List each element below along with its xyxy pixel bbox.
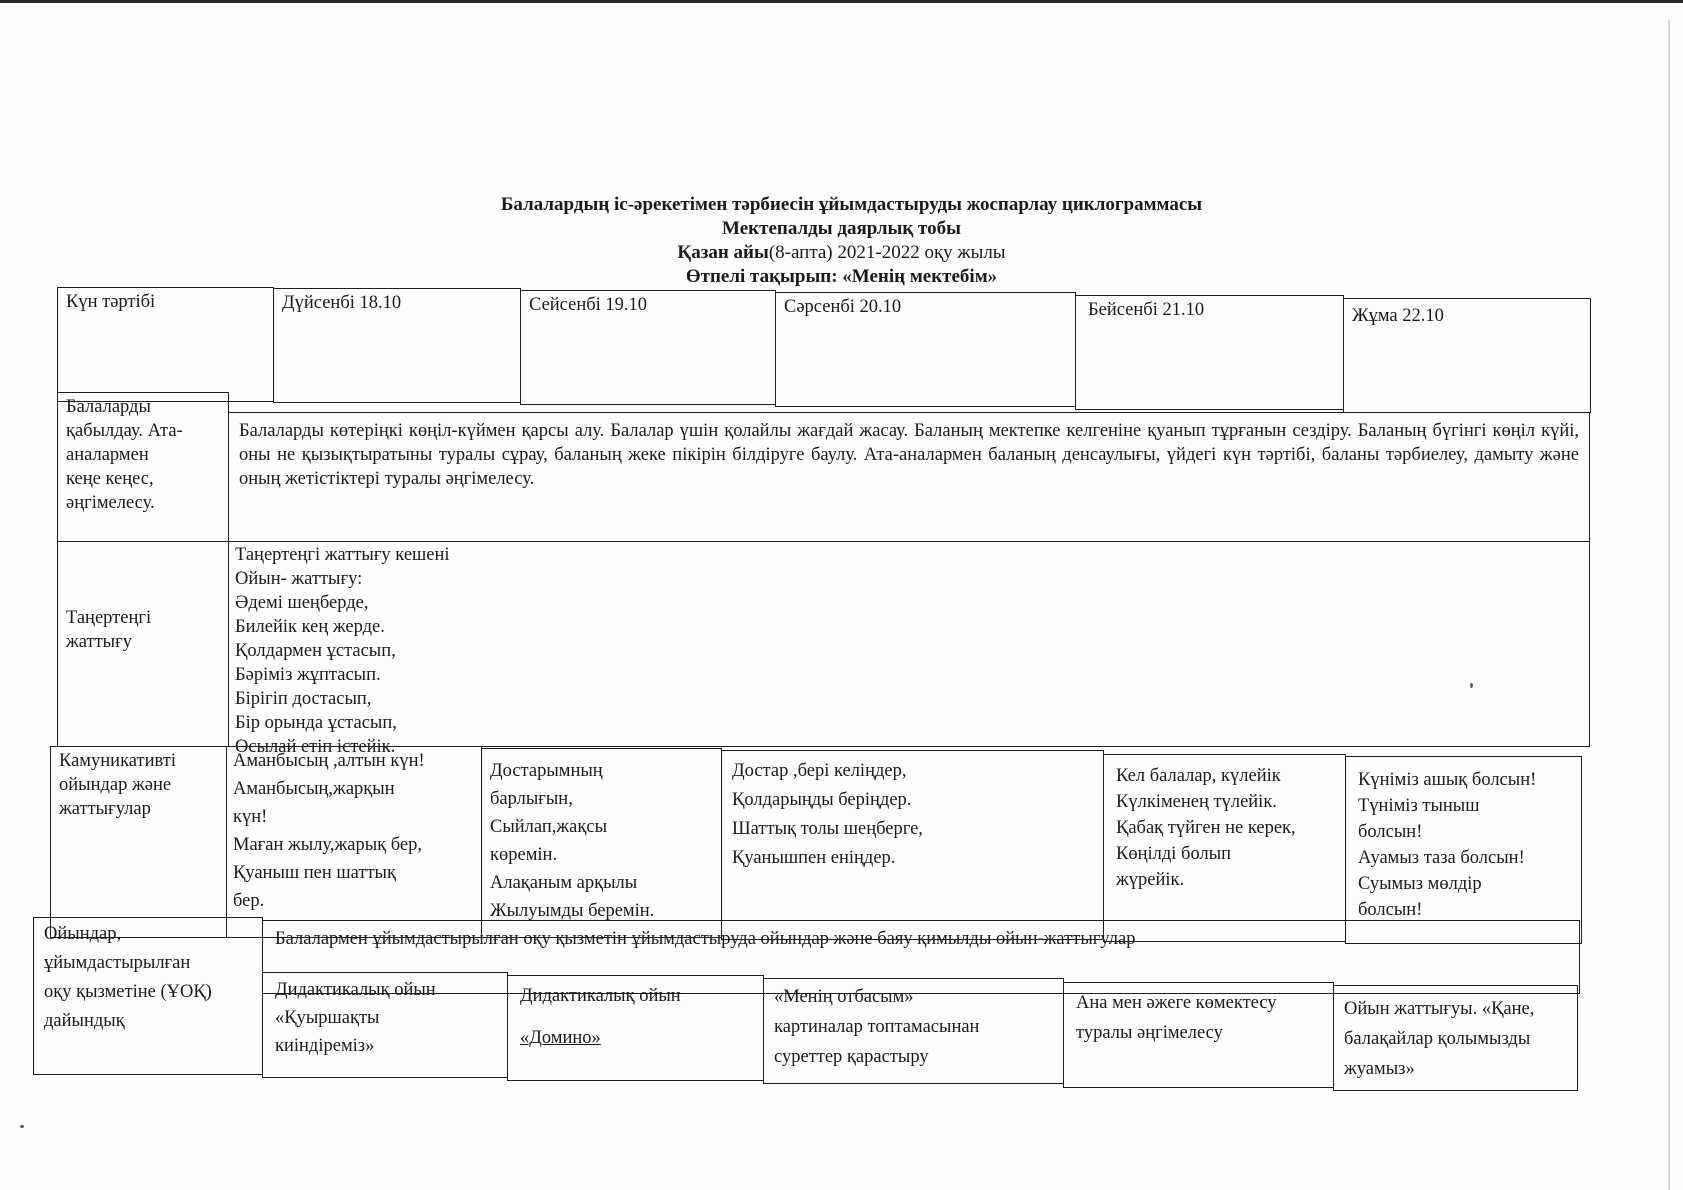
games-day-2: Дидактикалық ойын «Домино» <box>507 975 764 1081</box>
activity-line: Дидактикалық ойын <box>275 976 495 1004</box>
activity-line: балақайлар қолымызды <box>1344 1024 1567 1054</box>
scan-top-edge <box>0 0 1683 3</box>
poem-line: Қабақ түйген не керек, <box>1116 815 1333 841</box>
day-label: Жұма 22.10 <box>1352 306 1444 326</box>
header-day-4: Бейсенбі 21.10 <box>1075 295 1344 410</box>
games-summary-text: Балалармен ұйымдастырылған оқу қызметін … <box>275 929 1135 949</box>
exercise-line: Әдемі шеңберде, <box>235 591 1583 615</box>
games-day-3: «Менің отбасым» картиналар топтамасынан … <box>763 978 1064 1084</box>
poem-line: көремін. <box>490 841 713 869</box>
poem-line: Қуаныш пен шаттық <box>233 859 475 887</box>
communicative-day-2: Достарымның барлығын, Сыйлап,жақсы көрем… <box>481 748 722 938</box>
scan-speck <box>20 1125 24 1128</box>
label-line: аналармен <box>66 443 220 467</box>
communicative-label-cell: Камуникативті ойындар және жаттығулар <box>50 746 227 938</box>
day-label: Бейсенбі 21.10 <box>1088 300 1204 320</box>
reception-content-cell: Балаларды көтеріңкі көңіл-күймен қарсы а… <box>228 412 1590 542</box>
day-label: Дүйсенбі 18.10 <box>282 293 401 313</box>
label-line: ұйымдастырылған <box>44 949 252 978</box>
theme-line: Өтпелі тақырып: «Менің мектебім» <box>0 265 1683 289</box>
exercise-label-cell: Таңертеңгі жаттығу <box>57 541 229 747</box>
poem-line: Кел балалар, күлейік <box>1116 763 1333 789</box>
label-line: қабылдау. Ата- <box>66 419 220 443</box>
communicative-day-1: Аманбысың ,алтын күн! Аманбысың,жарқын к… <box>226 746 482 938</box>
header-label-cell: Күн тәртібі <box>57 287 274 402</box>
label-line: дайындық <box>44 1007 252 1036</box>
scan-speck <box>1470 683 1473 688</box>
activity-line: «Қуыршақты <box>275 1004 495 1032</box>
poem-line: жүрейік. <box>1116 867 1333 893</box>
exercise-line: Қолдармен ұстасып, <box>235 639 1583 663</box>
communicative-day-4: Кел балалар, күлейік Күлкіменең түлейік.… <box>1103 754 1346 942</box>
reception-label-cell: Балаларды қабылдау. Ата- аналармен кеңе … <box>57 392 229 542</box>
label-line: жаттығу <box>66 630 220 654</box>
label-line: Балаларды <box>66 395 220 419</box>
activity-line: суреттер қарастыру <box>774 1042 1053 1072</box>
label-line: кеңе кеңес, <box>66 467 220 491</box>
month-line: Қазан айы(8-апта) 2021-2022 оқу жылы <box>0 241 1683 265</box>
poem-line: Сыйлап,жақсы <box>490 813 713 841</box>
label-line: оқу қызметіне (ҰОҚ) <box>44 978 252 1007</box>
exercise-line: Бірігіп достасып, <box>235 687 1583 711</box>
label-line: Таңертеңгі <box>66 606 220 630</box>
activity-line: Ана мен әжеге көмектесу <box>1076 988 1321 1018</box>
header-day-1: Дүйсенбі 18.10 <box>273 288 521 403</box>
poem-line: Көңілді болып <box>1116 841 1333 867</box>
group-name: Мектепалды даярлық тобы <box>0 217 1683 241</box>
poem-line: Түніміз тыныш <box>1358 793 1569 819</box>
reception-text: Балаларды көтеріңкі көңіл-күймен қарсы а… <box>239 421 1579 489</box>
poem-line: Аманбысың,жарқын <box>233 775 475 803</box>
activity-line <box>520 1010 751 1024</box>
label-line: әңгімелесу. <box>66 491 220 515</box>
poem-line: Қуанышпен еніңдер. <box>732 844 1093 873</box>
activity-line: киіндіреміз» <box>275 1032 495 1060</box>
poem-line: Аманбысың ,алтын күн! <box>233 747 475 775</box>
label-line: Ойындар, <box>44 920 252 949</box>
poem-line: Алақаным арқылы <box>490 869 713 897</box>
poem-line: болсын! <box>1358 819 1569 845</box>
exercise-line: Бір орында ұстасып, <box>235 711 1583 735</box>
month-rest: (8-апта) 2021-2022 оқу жылы <box>769 242 1006 263</box>
exercise-line: Ойын- жаттығу: <box>235 567 1583 591</box>
poem-line: Шаттық толы шеңберге, <box>732 815 1093 844</box>
label-line: жаттығулар <box>59 797 218 821</box>
games-day-5: Ойын жаттығуы. «Қане, балақайлар қолымыз… <box>1333 985 1578 1091</box>
poem-line: Күніміз ашық болсын! <box>1358 767 1569 793</box>
poem-line: Маған жылу,жарық бер, <box>233 831 475 859</box>
poem-line: Достар ,бері келіңдер, <box>732 757 1093 786</box>
activity-line: «Менің отбасым» <box>774 982 1053 1012</box>
communicative-day-3: Достар ,бері келіңдер, Қолдарыңды беріңд… <box>721 750 1104 940</box>
activity-line: Дидактикалық ойын <box>520 982 751 1010</box>
activity-line: Ойын жаттығуы. «Қане, <box>1344 994 1567 1024</box>
month-bold: Қазан айы <box>677 242 768 263</box>
communicative-day-5: Күніміз ашық болсын! Түніміз тыныш болсы… <box>1345 756 1582 944</box>
games-day-4: Ана мен әжеге көмектесу туралы әңгімелес… <box>1063 982 1334 1088</box>
activity-line: «Домино» <box>520 1024 751 1052</box>
poem-line: Суымыз мөлдір <box>1358 871 1569 897</box>
poem-line: Күлкіменең түлейік. <box>1116 789 1333 815</box>
poem-line: бер. <box>233 887 475 915</box>
poem-line: күн! <box>233 803 475 831</box>
exercise-line: Таңертеңгі жаттығу кешені <box>235 543 1583 567</box>
activity-line: жуамыз» <box>1344 1054 1567 1084</box>
poem-line: Ауамыз таза болсын! <box>1358 845 1569 871</box>
document-header: Балалардың іс-әрекетімен тәрбиесін ұйымд… <box>0 193 1683 289</box>
exercise-line: Билейік кең жерде. <box>235 615 1583 639</box>
header-day-5: Жұма 22.10 <box>1343 298 1591 413</box>
header-day-2: Сейсенбі 19.10 <box>520 290 776 405</box>
day-label: Сейсенбі 19.10 <box>529 295 647 315</box>
poem-line: Қолдарыңды беріңдер. <box>732 786 1093 815</box>
document-title: Балалардың іс-әрекетімен тәрбиесін ұйымд… <box>10 193 1683 217</box>
games-label-cell: Ойындар, ұйымдастырылған оқу қызметіне (… <box>33 917 263 1075</box>
exercise-content-cell: Таңертеңгі жаттығу кешені Ойын- жаттығу:… <box>228 541 1590 747</box>
label-line: Камуникативті <box>59 749 218 773</box>
poem-line: Достарымның <box>490 757 713 785</box>
poem-line: барлығын, <box>490 785 713 813</box>
header-label: Күн тәртібі <box>66 292 155 312</box>
label-line: ойындар және <box>59 773 218 797</box>
day-label: Сәрсенбі 20.10 <box>784 297 901 317</box>
exercise-line: Бәріміз жұптасып. <box>235 663 1583 687</box>
activity-line: туралы әңгімелесу <box>1076 1018 1321 1048</box>
header-day-3: Сәрсенбі 20.10 <box>775 292 1076 407</box>
activity-line: картиналар топтамасынан <box>774 1012 1053 1042</box>
games-day-1: Дидактикалық ойын «Қуыршақты киіндіреміз… <box>262 972 508 1078</box>
